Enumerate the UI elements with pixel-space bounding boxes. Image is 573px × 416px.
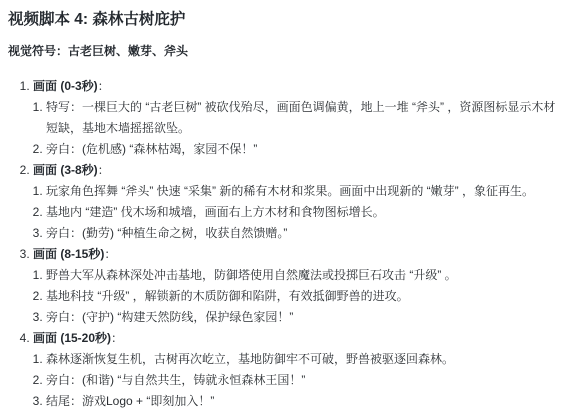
scene-item-1: 画面 (0-3秒)： 特写：一棵巨大的 “古老巨树” 被砍伐殆尽，画面色调偏黄，…: [33, 76, 561, 160]
scene-4-shot-3: 结尾：游戏Logo + “即刻加入！”: [46, 391, 561, 412]
scene-2-shot-3: 旁白：(勤劳) “种植生命之树，收获自然馈赠。”: [46, 223, 561, 244]
scene-4-shot-list: 森林逐渐恢复生机，古树再次屹立，基地防御牢不可破，野兽被驱逐回森林。 旁白：(和…: [33, 349, 561, 412]
scene-list: 画面 (0-3秒)： 特写：一棵巨大的 “古老巨树” 被砍伐殆尽，画面色调偏黄，…: [8, 76, 561, 412]
scene-3-heading-colon: ：: [104, 247, 116, 261]
scene-2-shot-1: 玩家角色挥舞 “斧头” 快速 “采集” 新的稀有木材和浆果。画面中出现新的 “嫩…: [46, 181, 561, 202]
scene-4-shot-2: 旁白：(和谐) “与自然共生，铸就永恒森林王国！”: [46, 370, 561, 391]
scene-4-heading: 画面 (15-20秒): [33, 331, 111, 345]
scene-3-shot-3: 旁白：(守护) “构建天然防线，保护绿色家园！”: [46, 307, 561, 328]
scene-2-shot-2: 基地内 “建造” 伐木场和城墙，画面右上方木材和食物图标增长。: [46, 202, 561, 223]
scene-2-shot-list: 玩家角色挥舞 “斧头” 快速 “采集” 新的稀有木材和浆果。画面中出现新的 “嫩…: [33, 181, 561, 244]
shot-text: 玩家角色挥舞 “斧头” 快速 “采集” 新的稀有木材和浆果。画面中出现新的 “嫩…: [46, 184, 534, 198]
shot-text: 森林逐渐恢复生机，古树再次屹立，基地防御牢不可破，野兽被驱逐回森林。: [46, 352, 454, 366]
scene-3-shot-2: 基地科技 “升级” ，解锁新的木质防御和陷阱，有效抵御野兽的进攻。: [46, 286, 561, 307]
scene-1-shot-1: 特写：一棵巨大的 “古老巨树” 被砍伐殆尽，画面色调偏黄，地上一堆 “斧头” ，…: [46, 97, 561, 139]
scene-3-shot-1: 野兽大军从森林深处冲击基地，防御塔使用自然魔法或投掷巨石攻击 “升级” 。: [46, 265, 561, 286]
scene-1-heading-colon: ：: [98, 79, 110, 93]
scene-item-4: 画面 (15-20秒)： 森林逐渐恢复生机，古树再次屹立，基地防御牢不可破，野兽…: [33, 328, 561, 412]
shot-text: 特写：一棵巨大的 “古老巨树” 被砍伐殆尽，画面色调偏黄，地上一堆 “斧头” ，…: [46, 100, 555, 135]
scene-2-heading-colon: ：: [98, 163, 110, 177]
shot-text: 旁白：(勤劳) “种植生命之树，收获自然馈赠。”: [46, 226, 287, 240]
scene-1-shot-2: 旁白：(危机感) “森林枯竭，家园不保！”: [46, 139, 561, 160]
shot-text: 结尾：游戏Logo + “即刻加入！”: [46, 394, 214, 408]
shot-text: 旁白：(和谐) “与自然共生，铸就永恒森林王国！”: [46, 373, 305, 387]
scene-4-shot-1: 森林逐渐恢复生机，古树再次屹立，基地防御牢不可破，野兽被驱逐回森林。: [46, 349, 561, 370]
scene-3-shot-list: 野兽大军从森林深处冲击基地，防御塔使用自然魔法或投掷巨石攻击 “升级” 。 基地…: [33, 265, 561, 328]
scene-4-heading-colon: ：: [111, 331, 123, 345]
scene-2-heading: 画面 (3-8秒): [33, 163, 98, 177]
shot-text: 旁白：(危机感) “森林枯竭，家园不保！”: [46, 142, 257, 156]
page-title: 视频脚本 4: 森林古树庇护: [8, 10, 561, 30]
scene-item-3: 画面 (8-15秒)： 野兽大军从森林深处冲击基地，防御塔使用自然魔法或投掷巨石…: [33, 244, 561, 328]
scene-1-shot-list: 特写：一棵巨大的 “古老巨树” 被砍伐殆尽，画面色调偏黄，地上一堆 “斧头” ，…: [33, 97, 561, 160]
scene-1-heading: 画面 (0-3秒): [33, 79, 98, 93]
script-document: 视频脚本 4: 森林古树庇护 视觉符号：古老巨树、嫩芽、斧头 画面 (0-3秒)…: [0, 0, 573, 416]
shot-text: 旁白：(守护) “构建天然防线，保护绿色家园！”: [46, 310, 293, 324]
shot-text: 野兽大军从森林深处冲击基地，防御塔使用自然魔法或投掷巨石攻击 “升级” 。: [46, 268, 457, 282]
visual-symbols-line: 视觉符号：古老巨树、嫩芽、斧头: [8, 43, 561, 59]
shot-text: 基地内 “建造” 伐木场和城墙，画面右上方木材和食物图标增长。: [46, 205, 385, 219]
shot-text: 基地科技 “升级” ，解锁新的木质防御和陷阱，有效抵御野兽的进攻。: [46, 289, 409, 303]
scene-3-heading: 画面 (8-15秒): [33, 247, 104, 261]
scene-item-2: 画面 (3-8秒)： 玩家角色挥舞 “斧头” 快速 “采集” 新的稀有木材和浆果…: [33, 160, 561, 244]
